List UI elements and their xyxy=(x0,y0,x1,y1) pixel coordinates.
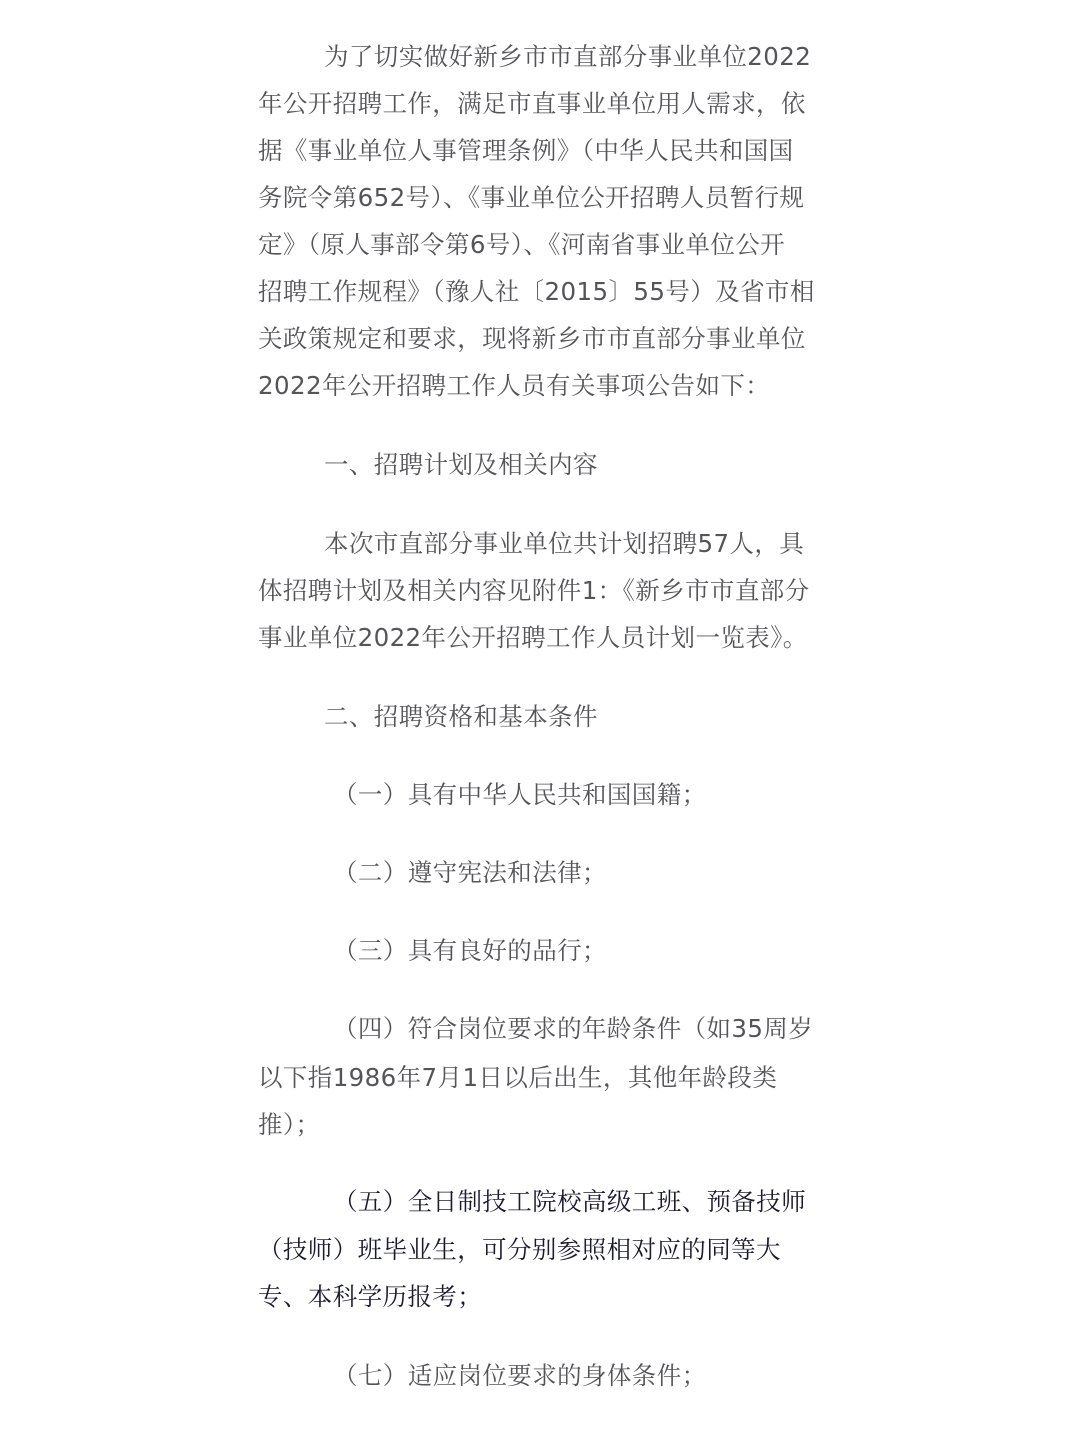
condition-item-3: （三）具有良好的品行； xyxy=(333,935,607,967)
intro-line-6: 招聘工作规程》（豫人社〔2015〕55号）及省市相 xyxy=(258,276,815,308)
condition-item-5-line-1: （五）全日制技工院校高级工班、预备技师 xyxy=(333,1186,806,1218)
intro-line-4: 务院令第652号）、《事业单位公开招聘人员暂行规 xyxy=(258,182,804,214)
intro-line-5: 定》（原人事部令第6号）、《河南省事业单位公开 xyxy=(258,229,785,261)
intro-line-7: 关政策规定和要求，现将新乡市市直部分事业单位 xyxy=(258,323,806,355)
condition-item-5-line-2: （技师）班毕业生，可分别参照相对应的同等大 xyxy=(258,1234,781,1266)
condition-item-4-line-2: 以下指1986年7月1日以后出生，其他年龄段类 xyxy=(258,1062,777,1094)
intro-line-3: 据《事业单位人事管理条例》（中华人民共和国国 xyxy=(258,135,794,167)
section-1-line-2: 体招聘计划及相关内容见附件1：《新乡市市直部分 xyxy=(258,575,810,607)
section-1-heading: 一、招聘计划及相关内容 xyxy=(324,449,598,481)
condition-item-2: （二）遵守宪法和法律； xyxy=(333,857,607,889)
condition-item-4-line-3: 推）； xyxy=(258,1109,320,1141)
section-1-line-3: 事业单位2022年公开招聘工作人员计划一览表》。 xyxy=(258,622,808,654)
condition-item-7: （七）适应岗位要求的身体条件； xyxy=(333,1360,707,1392)
condition-item-1: （一）具有中华人民共和国国籍； xyxy=(333,779,707,811)
section-2-heading: 二、招聘资格和基本条件 xyxy=(324,701,598,733)
intro-line-1: 为了切实做好新乡市市直部分事业单位2022 xyxy=(324,41,811,73)
intro-line-8: 2022年公开招聘工作人员有关事项公告如下： xyxy=(258,370,770,402)
section-1-line-1: 本次市直部分事业单位共计划招聘57人，具 xyxy=(324,528,804,560)
condition-item-5-line-3: 专、本科学历报考； xyxy=(258,1281,482,1313)
intro-line-2: 年公开招聘工作，满足市直事业单位用人需求，依 xyxy=(258,88,806,120)
condition-item-4-line-1: （四）符合岗位要求的年龄条件（如35周岁 xyxy=(333,1013,813,1045)
